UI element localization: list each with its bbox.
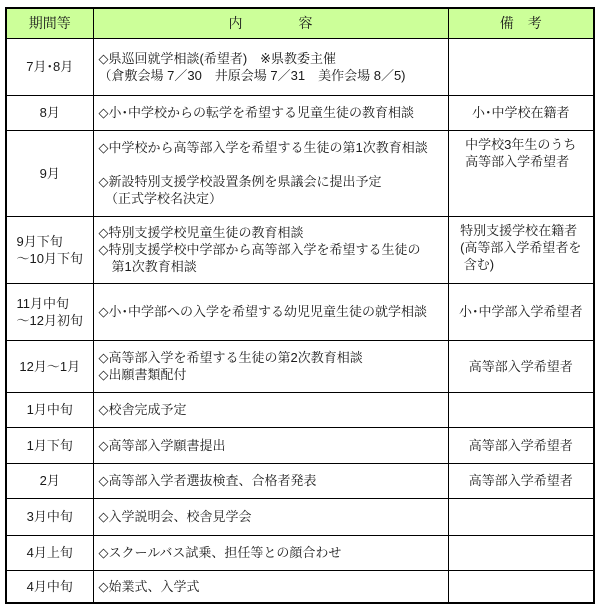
content-cell: ◇特別支援学校児童生徒の教育相談 ◇特別支援学校中学部から高等部入学を希望する生… xyxy=(93,216,448,283)
period-text: 4月上旬 xyxy=(27,544,73,561)
remarks-cell: 小･中学部入学希望者 xyxy=(448,283,594,340)
content-cell: ◇高等部入学者選抜検査、合格者発表 xyxy=(93,463,448,498)
content-text: ◇小･中学部への入学を希望する幼児児童生徒の就学相談 xyxy=(99,303,428,320)
table-row: 4月上旬 ◇スクールバス試乗、担任等との顔合わせ xyxy=(6,535,594,570)
page: 期間等 内 容 備 考 7月･8月 ◇県巡回就学相談(希望者) ※県教委主催 （… xyxy=(0,0,600,610)
remarks-cell xyxy=(448,392,594,427)
content-text: ◇校舎完成予定 xyxy=(99,401,187,418)
content-cell: ◇県巡回就学相談(希望者) ※県教委主催 （倉敷会場 7／30 井原会場 7／3… xyxy=(93,38,448,95)
header-label: 内 容 xyxy=(229,15,313,32)
table-row: 12月～1月 ◇高等部入学を希望する生徒の第2次教育相談 ◇出願書類配付 高等部… xyxy=(6,340,594,392)
period-text: 9月下旬 ～10月下旬 xyxy=(17,233,83,267)
period-text: 9月 xyxy=(40,165,60,182)
content-cell: ◇小･中学部への入学を希望する幼児児童生徒の就学相談 xyxy=(93,283,448,340)
remarks-text: 小･中学部入学希望者 xyxy=(459,303,583,320)
period-cell: 9月下旬 ～10月下旬 xyxy=(6,216,93,283)
table-row: 1月中旬 ◇校舎完成予定 xyxy=(6,392,594,427)
content-text: ◇スクールバス試乗、担任等との顔合わせ xyxy=(99,544,342,561)
table-row: 9月 ◇中学校から高等部入学を希望する生徒の第1次教育相談 ◇新設特別支援学校設… xyxy=(6,130,594,216)
period-text: 2月 xyxy=(40,472,60,489)
header-row: 期間等 内 容 備 考 xyxy=(6,8,594,38)
remarks-text: 小･中学校在籍者 xyxy=(472,104,570,121)
header-label: 期間等 xyxy=(29,15,71,32)
remarks-text: 特別支援学校在籍者 (高等部入学希望者を 含む) xyxy=(460,222,581,273)
content-cell: ◇高等部入学願書提出 xyxy=(93,427,448,463)
period-text: 11月中旬 ～12月初旬 xyxy=(17,295,83,329)
period-text: 8月 xyxy=(40,104,60,121)
content-cell: ◇入学説明会、校舎見学会 xyxy=(93,498,448,535)
table-row: 1月下旬 ◇高等部入学願書提出 高等部入学希望者 xyxy=(6,427,594,463)
content-cell: ◇校舎完成予定 xyxy=(93,392,448,427)
content-text: ◇小･中学校からの転学を希望する児童生徒の教育相談 xyxy=(99,104,415,121)
table-row: 9月下旬 ～10月下旬 ◇特別支援学校児童生徒の教育相談 ◇特別支援学校中学部か… xyxy=(6,216,594,283)
period-text: 4月中旬 xyxy=(27,578,73,595)
remarks-cell: 高等部入学希望者 xyxy=(448,340,594,392)
period-cell: 4月中旬 xyxy=(6,570,93,603)
period-cell: 8月 xyxy=(6,95,93,130)
remarks-cell: 高等部入学希望者 xyxy=(448,427,594,463)
content-text: ◇県巡回就学相談(希望者) ※県教委主催 （倉敷会場 7／30 井原会場 7／3… xyxy=(99,50,406,84)
table-row: 2月 ◇高等部入学者選抜検査、合格者発表 高等部入学希望者 xyxy=(6,463,594,498)
header-cell-remarks: 備 考 xyxy=(448,8,594,38)
table-row: 3月中旬 ◇入学説明会、校舎見学会 xyxy=(6,498,594,535)
remarks-cell xyxy=(448,498,594,535)
period-cell: 2月 xyxy=(6,463,93,498)
table-row: 7月･8月 ◇県巡回就学相談(希望者) ※県教委主催 （倉敷会場 7／30 井原… xyxy=(6,38,594,95)
content-text: ◇特別支援学校児童生徒の教育相談 ◇特別支援学校中学部から高等部入学を希望する生… xyxy=(99,224,421,275)
table-row: 4月中旬 ◇始業式、入学式 xyxy=(6,570,594,603)
period-cell: 3月中旬 xyxy=(6,498,93,535)
schedule-table: 期間等 内 容 備 考 7月･8月 ◇県巡回就学相談(希望者) ※県教委主催 （… xyxy=(5,7,595,604)
remarks-cell xyxy=(448,38,594,95)
content-text: ◇高等部入学者選抜検査、合格者発表 xyxy=(99,472,317,489)
remarks-text: 高等部入学希望者 xyxy=(469,472,573,489)
period-cell: 7月･8月 xyxy=(6,38,93,95)
period-text: 3月中旬 xyxy=(27,508,73,525)
remarks-cell xyxy=(448,535,594,570)
header-label: 備 考 xyxy=(500,15,542,32)
table-row: 8月 ◇小･中学校からの転学を希望する児童生徒の教育相談 小･中学校在籍者 xyxy=(6,95,594,130)
period-text: 12月～1月 xyxy=(19,358,80,375)
remarks-text: 高等部入学希望者 xyxy=(469,437,573,454)
header-cell-content: 内 容 xyxy=(93,8,448,38)
period-cell: 4月上旬 xyxy=(6,535,93,570)
remarks-cell: 高等部入学希望者 xyxy=(448,463,594,498)
content-cell: ◇小･中学校からの転学を希望する児童生徒の教育相談 xyxy=(93,95,448,130)
content-text: ◇中学校から高等部入学を希望する生徒の第1次教育相談 ◇新設特別支援学校設置条例… xyxy=(99,139,428,207)
remarks-cell: 中学校3年生のうち 高等部入学希望者 xyxy=(448,130,594,216)
content-text: ◇始業式、入学式 xyxy=(99,578,200,595)
remarks-cell: 特別支援学校在籍者 (高等部入学希望者を 含む) xyxy=(448,216,594,283)
remarks-text: 高等部入学希望者 xyxy=(469,358,573,375)
content-cell: ◇始業式、入学式 xyxy=(93,570,448,603)
content-text: ◇入学説明会、校舎見学会 xyxy=(99,508,252,525)
period-text: 1月下旬 xyxy=(27,437,73,454)
remarks-cell xyxy=(448,570,594,603)
content-cell: ◇中学校から高等部入学を希望する生徒の第1次教育相談 ◇新設特別支援学校設置条例… xyxy=(93,130,448,216)
period-cell: 1月下旬 xyxy=(6,427,93,463)
period-cell: 9月 xyxy=(6,130,93,216)
table-row: 11月中旬 ～12月初旬 ◇小･中学部への入学を希望する幼児児童生徒の就学相談 … xyxy=(6,283,594,340)
content-text: ◇高等部入学願書提出 xyxy=(99,437,226,454)
period-cell: 1月中旬 xyxy=(6,392,93,427)
period-cell: 11月中旬 ～12月初旬 xyxy=(6,283,93,340)
remarks-text: 中学校3年生のうち 高等部入学希望者 xyxy=(465,136,576,170)
content-text: ◇高等部入学を希望する生徒の第2次教育相談 ◇出願書類配付 xyxy=(99,349,363,383)
content-cell: ◇高等部入学を希望する生徒の第2次教育相談 ◇出願書類配付 xyxy=(93,340,448,392)
period-cell: 12月～1月 xyxy=(6,340,93,392)
header-cell-period: 期間等 xyxy=(6,8,93,38)
period-text: 1月中旬 xyxy=(27,401,73,418)
remarks-cell: 小･中学校在籍者 xyxy=(448,95,594,130)
content-cell: ◇スクールバス試乗、担任等との顔合わせ xyxy=(93,535,448,570)
period-text: 7月･8月 xyxy=(26,58,73,75)
